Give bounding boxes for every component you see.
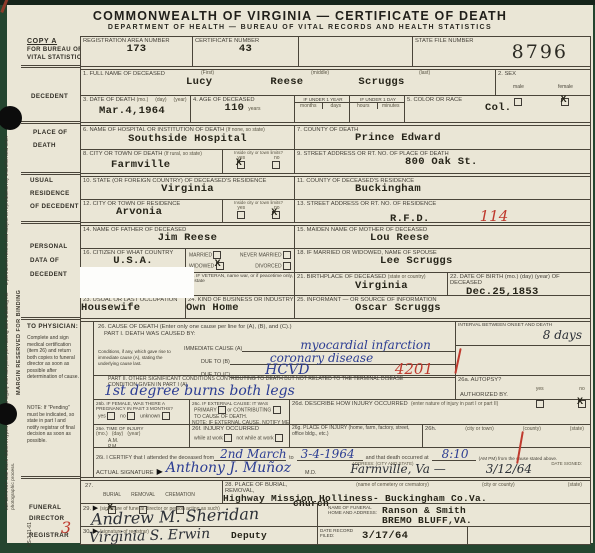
city-of-death-label: 8. CITY OR TOWN OF DEATH (If rural, so s… xyxy=(81,150,222,158)
injury-city-label: (city or town) xyxy=(465,426,494,432)
injury-detail-row: 26e. TIME OF INJURY (mo.) (day) (year) A… xyxy=(94,425,590,448)
certify-time-value: 8:10 xyxy=(442,447,469,461)
deputy-label: Deputy xyxy=(231,531,267,541)
sex-male-label: male xyxy=(513,84,524,90)
part2-value: 1st degree burns both legs xyxy=(104,383,295,399)
date-of-death-value: Mar.4,1964 xyxy=(99,106,190,118)
residence-street-value: R.F.D. xyxy=(390,214,430,226)
separator xyxy=(21,317,80,320)
middle-name-value: Reese xyxy=(270,77,303,89)
cremation-label: CREMATION xyxy=(165,492,195,498)
removal-label: REMOVAL xyxy=(131,492,155,498)
county-of-death-value: Prince Edward xyxy=(355,133,590,145)
injury-county-label: (county) xyxy=(523,426,541,432)
death-date-age-row: 3. DATE OF DEATH (mo.) (day) (year) Mar.… xyxy=(81,96,590,123)
date-filed-value: 3/17/64 xyxy=(362,531,408,544)
informant-cell: 25. INFORMANT — OR SOURCE OF INFORMATION… xyxy=(295,296,590,318)
residence-county-label: 11. COUNTY OF DECEASED'S RESIDENCE xyxy=(295,177,590,184)
marital-cell: MARRIED NEVER MARRIED WIDOWED X DIVORCED xyxy=(186,249,295,272)
residence-street-annotation: 114 xyxy=(480,207,509,225)
spouse-value: Lee Scruggs xyxy=(380,256,590,268)
date-signed-value: 3/12/64 xyxy=(486,462,532,476)
certificate-number-value: 43 xyxy=(193,44,298,56)
county-of-death-label: 7. COUNTY OF DEATH xyxy=(295,126,590,133)
residence-state-cell: 10. STATE (OR FOREIGN COUNTRY) OF DECEAS… xyxy=(81,177,295,199)
time-of-injury-cell: 26e. TIME OF INJURY (mo.) (day) (year) A… xyxy=(94,425,190,447)
residence-state-value: Virginia xyxy=(81,184,294,196)
name-sex-row: 1. FULL NAME OF DECEASED (First) (middle… xyxy=(81,70,590,96)
residence-city-value: Arvonia xyxy=(116,207,222,219)
dob-cell: 22. DATE OF BIRTH (mo.) (day) (year) OF … xyxy=(448,273,590,295)
separator xyxy=(21,65,80,68)
birthplace-value: Virginia xyxy=(355,281,447,293)
injury-occurred-cell: 26f. INJURY OCCURRED while at work not w… xyxy=(190,425,290,447)
under-one-day-cell: IF UNDER 1 DAY hours minutes xyxy=(350,96,405,122)
county-of-death-cell: 7. COUNTY OF DEATH Prince Edward xyxy=(295,126,590,149)
residence-state-county-row: 10. STATE (OR FOREIGN COUNTRY) OF DECEAS… xyxy=(81,177,590,200)
interval-divider xyxy=(456,345,590,346)
limits-yes-checkbox: X xyxy=(237,161,245,169)
mother-label: 15. MAIDEN NAME OF MOTHER OF DECEASED xyxy=(295,226,590,233)
mother-cell: 15. MAIDEN NAME OF MOTHER OF DECEASED Lo… xyxy=(295,226,590,248)
authorized-by-label: AUTHORIZED BY. xyxy=(458,391,508,398)
father-mother-row: 14. NAME OF FATHER OF DECEASED Jim Reese… xyxy=(81,226,590,249)
business-cell: 24. KIND OF BUSINESS OR INDUSTRY Own Hom… xyxy=(186,296,295,318)
registrar-red-mark: 3 xyxy=(61,518,71,537)
separator xyxy=(21,221,80,224)
external-cause-cell: 26c. IF EXTERNAL CAUSE: IT WAS PRIMARY o… xyxy=(190,400,290,424)
address-label: ADDRESS: (CITY AND STATE) xyxy=(352,461,413,466)
hospital-cell: 6. NAME OF HOSPITAL OR INSTITUTION OF DE… xyxy=(81,126,295,149)
cause-of-death-row: 26. CAUSE OF DEATH (Enter only one cause… xyxy=(94,322,590,376)
dob-label: 22. DATE OF BIRTH (mo.) (day) (year) OF … xyxy=(448,273,590,287)
certificate-number-cell: CERTIFICATE NUMBER 43 xyxy=(193,37,299,66)
pregnancy-external-row: 26b. IF FEMALE, WAS THERE A PREGNANCY IN… xyxy=(94,400,590,425)
never-married-checkbox xyxy=(283,251,291,259)
section-personal-data: PERSONALDATA OFDECEDENT xyxy=(30,243,68,278)
pending-note: NOTE: If "Pending" must be indicated, so… xyxy=(27,405,77,444)
days-label: days xyxy=(323,103,350,109)
sex-cell: 2. SEX male female X xyxy=(496,70,590,95)
date-signed-label: DATE SIGNED: xyxy=(551,461,582,466)
state-file-value: 8796 xyxy=(512,41,568,63)
copy-a-label: COPY A xyxy=(27,38,86,45)
burial-label: BURIAL xyxy=(103,492,121,498)
certify-to-value: 3-4-1964 xyxy=(301,447,355,461)
interval-cell: INTERVAL BETWEEN ONSET AND DEATH 8 days xyxy=(455,322,590,375)
certificate-title: COMMONWEALTH OF VIRGINIA — CERTIFICATE O… xyxy=(7,9,593,23)
certify-from-line: 2nd March xyxy=(214,460,286,461)
injury-location-cell: 26h. (city or town) (county) (state) xyxy=(423,425,590,447)
residence-city-street-row: 12. CITY OR TOWN OF RESIDENCE Arvonia In… xyxy=(81,200,590,223)
section-place-of-death: PLACE OFDEATH xyxy=(33,129,67,149)
under-one-year-label: IF UNDER 1 YEAR xyxy=(295,96,349,102)
veteran-cell: 20. IF VETERAN, name war, or if peacetim… xyxy=(186,273,295,295)
residence-county-cell: 11. COUNTY OF DECEASED'S RESIDENCE Bucki… xyxy=(295,177,590,199)
separator xyxy=(21,172,80,175)
date-filed-label: DATE RECORD FILED: xyxy=(318,527,362,544)
married-checkbox xyxy=(213,251,221,259)
occupation-cell: 23. USUAL OR LAST OCCUPATION Housewife xyxy=(81,296,186,318)
pregnancy-unknown: unknown xyxy=(140,412,169,420)
certify-from-value: 2nd March xyxy=(220,447,287,461)
place-of-burial-value: Highway Mission Holliness- Buckingham Co… xyxy=(223,494,590,504)
due-to-b-label: DUE TO (B) xyxy=(201,359,230,365)
disposition-cell: 27. BURIALX REMOVAL CREMATION xyxy=(81,481,223,503)
limits-no-checkbox xyxy=(272,161,280,169)
registrar-signature: Virginia S. Erwin xyxy=(89,526,211,546)
not-while-at-work: not while at work xyxy=(236,434,283,442)
blank-box xyxy=(299,37,413,66)
signature-arrow-icon: ▶ xyxy=(157,468,163,476)
medical-certification-block: 26. CAUSE OF DEATH (Enter only one cause… xyxy=(81,322,590,478)
autopsy-no-label: no xyxy=(579,386,585,392)
scanned-death-certificate: COMMONWEALTH OF VIRGINIA — CERTIFICATE O… xyxy=(0,0,595,553)
street-of-death-value: 800 Oak St. xyxy=(405,157,590,169)
sex-female-label: female xyxy=(558,84,573,90)
age-unit: years xyxy=(248,106,260,112)
city-of-death-value: Farmville xyxy=(111,160,222,172)
how-injury-label: 26d. DESCRIBE HOW INJURY OCCURRED (enter… xyxy=(290,400,590,408)
copy-a-block: COPY A FOR BUREAU OF VITAL STATISTICS xyxy=(27,38,86,62)
empty-cell xyxy=(468,527,590,544)
occupation-informant-row: 23. USUAL OR LAST OCCUPATION Housewife 2… xyxy=(81,296,590,319)
certify-time-line: 8:10 xyxy=(432,460,476,461)
minutes-label: minutes xyxy=(378,103,405,109)
section-decedent: DECEDENT xyxy=(31,93,68,100)
header-number-row: REGISTRATION AREA NUMBER 173 CERTIFICATE… xyxy=(81,37,590,67)
margin-important-note: IMPORTANT: Use black ribbon in typewrite… xyxy=(5,120,18,510)
residence-street-cell: 13. STREET ADDRESS OR RT. NO. OF RESIDEN… xyxy=(295,200,590,222)
place-of-injury-label: 26g. PLACE OF INJURY (home, farm, factor… xyxy=(290,425,422,437)
birthplace-cell: 21. BIRTHPLACE OF DECEASED (state or cou… xyxy=(295,273,448,295)
place-of-burial-cell: 28. PLACE OF BURIAL, REMOVAL, (name of c… xyxy=(223,481,590,503)
conditions-note: Conditions, if any, which gave rise to i… xyxy=(98,349,184,367)
pregnancy-yes: yes xyxy=(98,412,115,420)
occupation-value: Housewife xyxy=(81,303,185,315)
how-injury-cell: 26d. DESCRIBE HOW INJURY OCCURRED (enter… xyxy=(290,400,590,424)
place-of-burial-value2: church xyxy=(293,499,329,509)
father-cell: 14. NAME OF FATHER OF DECEASED Jim Reese xyxy=(81,226,295,248)
injury-occurred-label: 26f. INJURY OCCURRED xyxy=(190,425,289,432)
date-filed-cell: DATE RECORD FILED: 3/17/64 xyxy=(318,527,468,544)
burial-row: 27. BURIALX REMOVAL CREMATION 28. PLACE … xyxy=(81,481,590,504)
registrar-signature-cell: 30. ▶ (signature of registrar) Virginia … xyxy=(81,527,318,544)
immediate-cause-label: IMMEDIATE CAUSE (A) xyxy=(184,346,242,352)
actual-signature-label: ACTUAL SIGNATURE xyxy=(96,470,154,476)
city-of-death-cell: 8. CITY OR TOWN OF DEATH (If rural, so s… xyxy=(81,150,295,173)
residence-no-checkbox: X xyxy=(272,211,280,219)
to-physician-body: Complete and sign medical certification … xyxy=(27,335,79,381)
color-race-cell: 5. COLOR OR RACE Col. xyxy=(405,96,590,122)
part2-autopsy-row: PART II. OTHER SIGNIFICANT CONDITIONS CO… xyxy=(94,376,590,400)
funeral-signature-cell: 29. ▶ (signature of funeral director or … xyxy=(81,504,318,526)
married-label: MARRIED xyxy=(189,251,221,259)
divorced-checkbox xyxy=(283,262,291,270)
certificate-subtitle: DEPARTMENT OF HEALTH — BUREAU OF VITAL R… xyxy=(7,24,593,31)
residence-yes-checkbox xyxy=(237,211,245,219)
widowed-checkbox: X xyxy=(216,262,224,270)
external-cause-note: NOTE: IF EXTERNAL CAUSE, NOTIFY MED. EXA… xyxy=(190,420,289,424)
autopsy-yes-label: yes xyxy=(536,386,544,392)
26h-label: 26h. xyxy=(425,426,436,432)
business-value: Own Home xyxy=(186,303,294,315)
external-cause-options: PRIMARY or CONTRIBUTING xyxy=(190,406,289,414)
copy-a-sub1: FOR BUREAU OF xyxy=(27,47,86,55)
medical-strip xyxy=(81,322,94,477)
mother-value: Lou Reese xyxy=(370,233,590,245)
to-physician-title: TO PHYSICIAN: xyxy=(27,323,78,330)
city-street-death-row: 8. CITY OR TOWN OF DEATH (If rural, so s… xyxy=(81,150,590,174)
funeral-home-cell: NAME OF FUNERAL HOME AND ADDRESS: Ranson… xyxy=(318,504,590,526)
registration-area-cell: REGISTRATION AREA NUMBER 173 xyxy=(81,37,193,66)
place-of-injury-cell: 26g. PLACE OF INJURY (home, farm, factor… xyxy=(290,425,423,447)
color-race-value: Col. xyxy=(485,103,590,115)
registration-area-value: 173 xyxy=(81,44,192,56)
first-name-value: Lucy xyxy=(186,77,212,89)
section-usual-residence: USUALRESIDENCEOF DECEDENT xyxy=(30,177,79,210)
widowed-label: WIDOWED X xyxy=(189,262,224,270)
separator xyxy=(21,121,80,124)
injury-state-label: (state) xyxy=(570,426,584,432)
part1-label: PART I. DEATH WAS CAUSED BY: xyxy=(96,330,455,337)
father-value: Jim Reese xyxy=(81,233,294,245)
full-name-cell: 1. FULL NAME OF DECEASED (First) (middle… xyxy=(81,70,496,95)
date-of-death-cell: 3. DATE OF DEATH (mo.) (day) (year) Mar.… xyxy=(81,96,191,122)
separator xyxy=(21,476,80,479)
date-of-death-label: 3. DATE OF DEATH (mo.) (day) (year) xyxy=(81,96,190,104)
residence-city-cell: 12. CITY OR TOWN OF RESIDENCE Arvonia In… xyxy=(81,200,295,222)
age-cell: 4. AGE OF DECEASED 110 years xyxy=(191,96,295,122)
hospital-county-row: 6. NAME OF HOSPITAL OR INSTITUTION OF DE… xyxy=(81,126,590,150)
street-of-death-cell: 9. STREET ADDRESS OR RT. NO. OF PLACE OF… xyxy=(295,150,590,173)
residence-street-label: 13. STREET ADDRESS OR RT. NO. OF RESIDEN… xyxy=(295,200,590,207)
age-value: 110 xyxy=(224,103,244,115)
full-name-values: Lucy Reese Scruggs xyxy=(81,77,495,89)
under-one-year-cell: IF UNDER 1 YEAR months days xyxy=(295,96,350,122)
md-label: M.D. xyxy=(305,470,316,476)
physician-signature: Anthony J. Muñoz xyxy=(166,460,291,476)
pregnancy-no: no xyxy=(120,412,135,420)
time-of-injury-label: 26e. TIME OF INJURY (mo.) (day) (year) xyxy=(94,425,189,438)
months-label: months xyxy=(295,103,323,109)
whiteout-patch xyxy=(80,267,194,298)
pregnancy-label: 26b. IF FEMALE, WAS THERE A PREGNANCY IN… xyxy=(94,400,189,411)
hospital-value: Southside Hospital xyxy=(81,134,294,146)
funeral-director-row: 29. ▶ (signature of funeral director or … xyxy=(81,504,590,527)
last-name-value: Scruggs xyxy=(358,77,404,89)
while-at-work: while at work xyxy=(194,434,232,442)
informant-value: Oscar Scruggs xyxy=(355,303,590,315)
divorced-label: DIVORCED xyxy=(255,262,291,270)
copy-a-sub2: VITAL STATISTICS xyxy=(27,55,86,63)
state-hint: (state) xyxy=(568,482,582,495)
certificate-paper: COMMONWEALTH OF VIRGINIA — CERTIFICATE O… xyxy=(7,5,593,543)
autopsy-cell: 26a. AUTOPSY? yes noX AUTHORIZED BY. xyxy=(455,376,590,399)
state-file-cell: STATE FILE NUMBER 8796 xyxy=(413,37,590,66)
never-married-label: NEVER MARRIED xyxy=(240,251,291,259)
registrar-row: 30. ▶ (signature of registrar) Virginia … xyxy=(81,527,590,544)
informant-label: 25. INFORMANT — OR SOURCE OF INFORMATION xyxy=(295,296,590,303)
residence-county-value: Buckingham xyxy=(355,184,590,196)
funeral-home-address: BREMO BLUFF,VA. xyxy=(382,516,472,526)
cause-a-value: myocardial infarction xyxy=(300,338,431,352)
spouse-cell: 18. IF MARRIED OR WIDOWED, NAME OF SPOUS… xyxy=(295,249,590,272)
section-funeral-director: FUNERALDIRECTOR xyxy=(29,504,64,522)
interval-value: 8 days xyxy=(456,328,590,342)
cause-label: 26. CAUSE OF DEATH (Enter only one cause… xyxy=(96,323,455,330)
pregnancy-cell: 26b. IF FEMALE, WAS THERE A PREGNANCY IN… xyxy=(94,400,190,424)
hours-label: hours xyxy=(350,103,378,109)
veteran-label: 20. IF VETERAN, name war, or if peacetim… xyxy=(186,273,294,285)
disposition-label: 27. xyxy=(85,483,93,503)
